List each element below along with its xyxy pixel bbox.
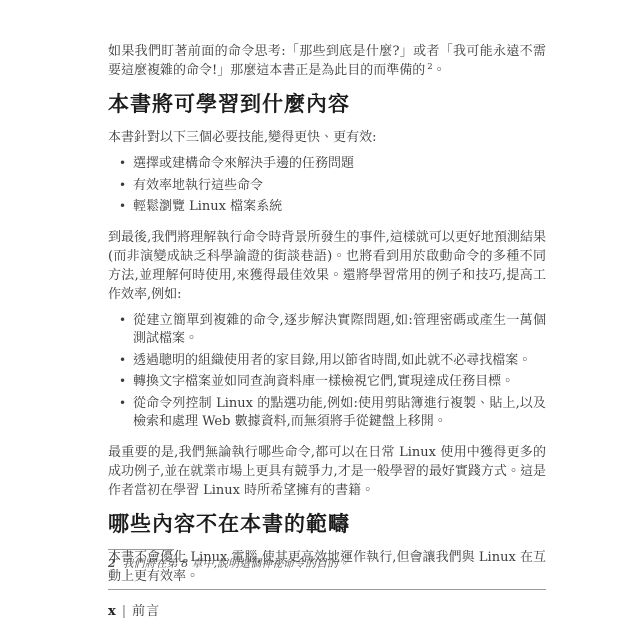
page-number: x [108,604,116,619]
skills-list-item: 輕鬆瀏覽 Linux 檔案系統 [119,198,546,217]
intro-text: 如果我們盯著前面的命令思考:「那些到底是什麼?」或者「我可能永遠不需要這麼複雜的… [108,44,546,78]
conclusion-paragraph: 最重要的是,我們無論執行哪些命令,都可以在日常 Linux 使用中獲得更多的成功… [108,443,546,500]
book-page: 如果我們盯著前面的命令思考:「那些到底是什麼?」或者「我可能永遠不需要這麼複雜的… [0,0,640,640]
footnote-number: 2 [108,557,116,570]
examples-list-item: 從建立簡單到複雜的命令,逐步解決實際問題,如:管理密碼或產生一萬個測試檔案。 [119,312,546,349]
skills-list: 選擇或建構命令來解決手邊的任務問題 有效率地執行這些命令 輕鬆瀏覽 Linux … [108,154,546,221]
examples-list-item: 從命令列控制 Linux 的點選功能,例如:使用剪貼簿進行複製、貼上,以及檢索和… [119,395,546,432]
page-footer: x|前言 [108,589,546,619]
skills-list-item: 選擇或建構命令來解決手邊的任務問題 [119,155,546,174]
examples-list-item: 轉換文字檔案並如同查詢資料庫一樣檢視它們,實現達成任務目標。 [119,373,546,392]
footnote: 2我們將在第 8 章中,說明這個神祕命令的目的。 [108,556,546,571]
intro-text-end: 。 [433,63,446,78]
skills-list-item: 有效率地執行這些命令 [119,177,546,196]
footnote-separator-rule [108,549,174,550]
footer-section-title: 前言 [132,604,160,619]
section-heading-what-you-will-learn: 本書將可學習到什麼內容 [108,93,546,117]
footer-separator: | [122,604,126,619]
footnote-block: 2我們將在第 8 章中,說明這個神祕命令的目的。 [108,549,546,571]
skills-intro-paragraph: 本書針對以下三個必要技能,變得更快、更有效: [108,128,546,147]
footnote-text: 我們將在第 8 章中,說明這個神祕命令的目的。 [123,557,350,570]
examples-list: 從建立簡單到複雜的命令,逐步解決實際問題,如:管理密碼或產生一萬個測試檔案。 透… [108,311,546,436]
page-content: 如果我們盯著前面的命令思考:「那些到底是什麼?」或者「我可能永遠不需要這麼複雜的… [108,42,546,593]
examples-list-item: 透過聰明的組織使用者的家目錄,用以節省時間,如此就不必尋找檔案。 [119,352,546,371]
background-paragraph: 到最後,我們將理解執行命令時背景所發生的事件,這樣就可以更好地預測結果(而非演變… [108,228,546,304]
intro-paragraph: 如果我們盯著前面的命令思考:「那些到底是什麼?」或者「我可能永遠不需要這麼複雜的… [108,42,546,80]
section-heading-out-of-scope: 哪些內容不在本書的範疇 [108,513,546,537]
